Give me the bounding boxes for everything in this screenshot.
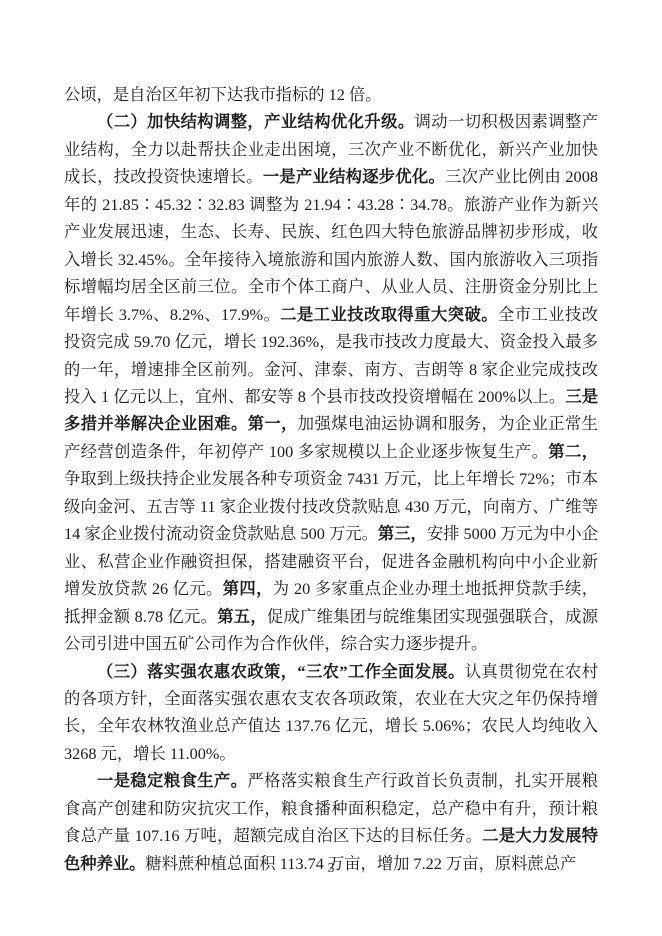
- bold-text-segment: 第二，: [548, 442, 598, 461]
- document-body: 公顷，是自治区年初下达我市指标的 12 倍。（二）加快结构调整，产业结构优化升级…: [64, 81, 598, 877]
- bold-text-segment: 第四，: [223, 579, 273, 598]
- page-number: 3: [328, 860, 335, 875]
- bold-text-segment: （三）落实强农惠农政策，“三农”工作全面发展。: [97, 662, 465, 681]
- bold-text-segment: 二是工业技改取得重大突破。: [280, 305, 498, 324]
- text-segment: 公顷，是自治区年初下达我市指标的 12 倍。: [64, 85, 382, 104]
- bold-text-segment: 一是产业结构逐步优化。: [263, 167, 445, 186]
- document-page: 公顷，是自治区年初下达我市指标的 12 倍。（二）加快结构调整，产业结构优化升级…: [0, 0, 662, 936]
- bold-text-segment: （二）加快结构调整，产业结构优化升级。: [97, 112, 415, 131]
- page-footer: 3: [0, 860, 662, 876]
- text-segment: 三次产业比例由 2008 年的 21.85∶45.32∶32.83 调整为 21…: [64, 167, 598, 323]
- bold-text-segment: 第五，: [217, 607, 267, 626]
- paragraph: （二）加快结构调整，产业结构优化升级。调动一切积极因素调整产业结构，全力以赴帮扶…: [64, 108, 598, 657]
- paragraph: 公顷，是自治区年初下达我市指标的 12 倍。: [64, 81, 598, 108]
- bold-text-segment: 第三，: [378, 524, 427, 543]
- paragraph: （三）落实强农惠农政策，“三农”工作全面发展。认真贯彻党在农村的各项方针，全面落…: [64, 658, 598, 768]
- bold-text-segment: 一是稳定粮食生产。: [97, 771, 247, 790]
